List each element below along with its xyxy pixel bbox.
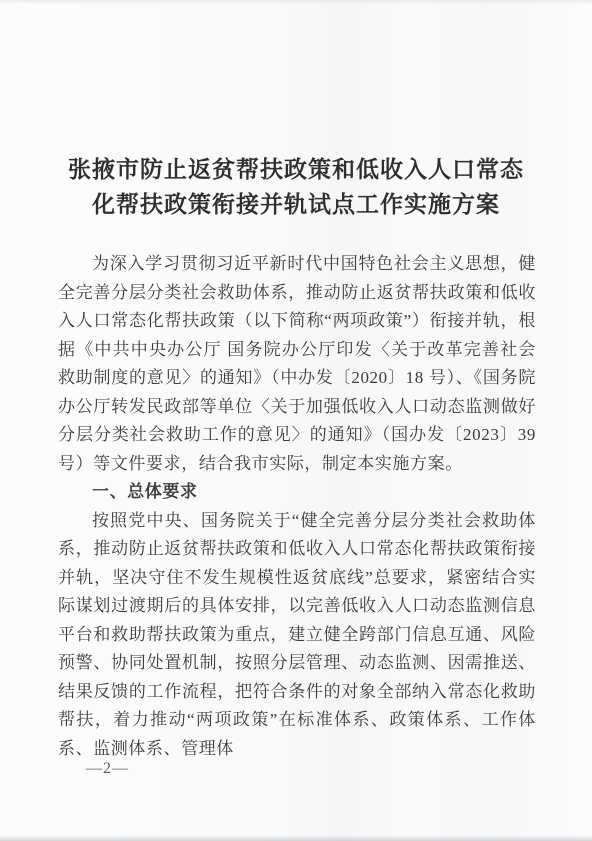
document-title: 张掖市防止返贫帮扶政策和低收入人口常态 化帮扶政策衔接并轨试点工作实施方案 — [40, 152, 552, 222]
document-body: 为深入学习贯彻习近平新时代中国特色社会主义思想，健全完善分层分类社会救助体系，推… — [58, 250, 536, 763]
scanned-document-page: 张掖市防止返贫帮扶政策和低收入人口常态 化帮扶政策衔接并轨试点工作实施方案 为深… — [0, 0, 592, 841]
document-title-line-2: 化帮扶政策衔接并轨试点工作实施方案 — [40, 187, 552, 222]
section-heading-overall-requirements: 一、总体要求 — [58, 478, 536, 507]
page-number: —2— — [86, 760, 129, 778]
paragraph-intro: 为深入学习贯彻习近平新时代中国特色社会主义思想，健全完善分层分类社会救助体系，推… — [58, 250, 536, 478]
paragraph-overall-requirements: 按照党中央、国务院关于“健全完善分层分类社会救助体系，推动防止返贫帮扶政策和低收… — [58, 507, 536, 764]
document-title-line-1: 张掖市防止返贫帮扶政策和低收入人口常态 — [40, 152, 552, 187]
